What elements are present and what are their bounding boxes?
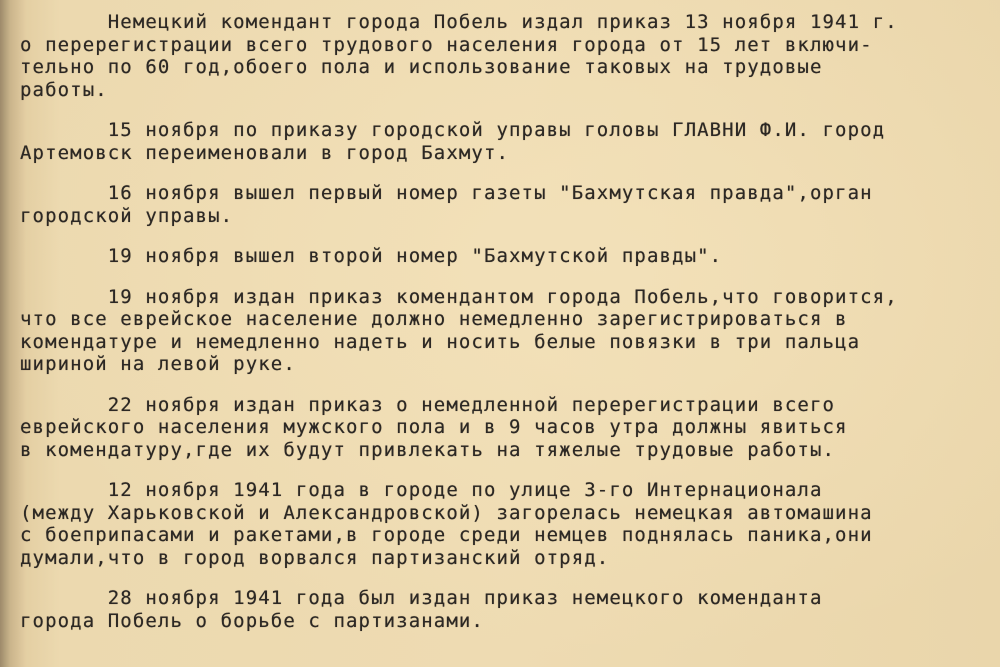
paragraph-vehicle-fire: 12 ноября 1941 года в городе по улице 3-… [20,479,995,569]
document-body: Немецкий комендант города Побель издал п… [20,11,995,652]
text-line: еврейского населения мужского пола и в 9… [20,416,995,439]
paragraph-second-newspaper: 19 ноября вышел второй номер "Бахмутской… [20,245,995,268]
paragraph-reregistration-order: 22 ноября издан приказ о немедленной пер… [20,394,995,462]
text-line: шириной на левой руке. [20,353,995,376]
paragraph-partisan-order: 28 ноября 1941 года был издан приказ нем… [20,587,995,632]
text-line: что все еврейское население должно немед… [20,308,995,331]
text-line: (между Харьковской и Александровской) за… [20,502,995,525]
text-line: 22 ноября издан приказ о немедленной пер… [20,394,995,417]
text-line: Артемовск переименовали в город Бахмут. [20,142,995,165]
text-line: 12 ноября 1941 года в городе по улице 3-… [20,479,995,502]
text-line: тельно по 60 год,обоего пола и использов… [20,56,995,79]
text-line: в комендатуру,где их будут привлекать на… [20,439,995,462]
text-line: 16 ноября вышел первый номер газеты "Бах… [20,182,995,205]
text-line: Немецкий комендант города Побель издал п… [20,11,995,34]
paragraph-city-renamed: 15 ноября по приказу городской управы го… [20,119,995,164]
text-line: думали,что в город ворвался партизанский… [20,547,995,570]
paragraph-first-newspaper: 16 ноября вышел первый номер газеты "Бах… [20,182,995,227]
typewritten-document-page: Немецкий комендант города Побель издал п… [0,0,1000,667]
text-line: 15 ноября по приказу городской управы го… [20,119,995,142]
text-line: 28 ноября 1941 года был издан приказ нем… [20,587,995,610]
text-line: города Побель о борьбе с партизанами. [20,610,995,633]
text-line: с боеприпасами и ракетами,в городе среди… [20,524,995,547]
text-line: 19 ноября вышел второй номер "Бахмутской… [20,245,995,268]
paragraph-jewish-registration-order: 19 ноября издан приказ комендантом город… [20,286,995,376]
text-line: о перерегистрации всего трудового населе… [20,34,995,57]
text-line: комендатуре и немедленно надеть и носить… [20,331,995,354]
text-line: 19 ноября издан приказ комендантом город… [20,286,995,309]
text-line: городской управы. [20,205,995,228]
paragraph-registration-order: Немецкий комендант города Побель издал п… [20,11,995,101]
text-line: работы. [20,79,995,102]
